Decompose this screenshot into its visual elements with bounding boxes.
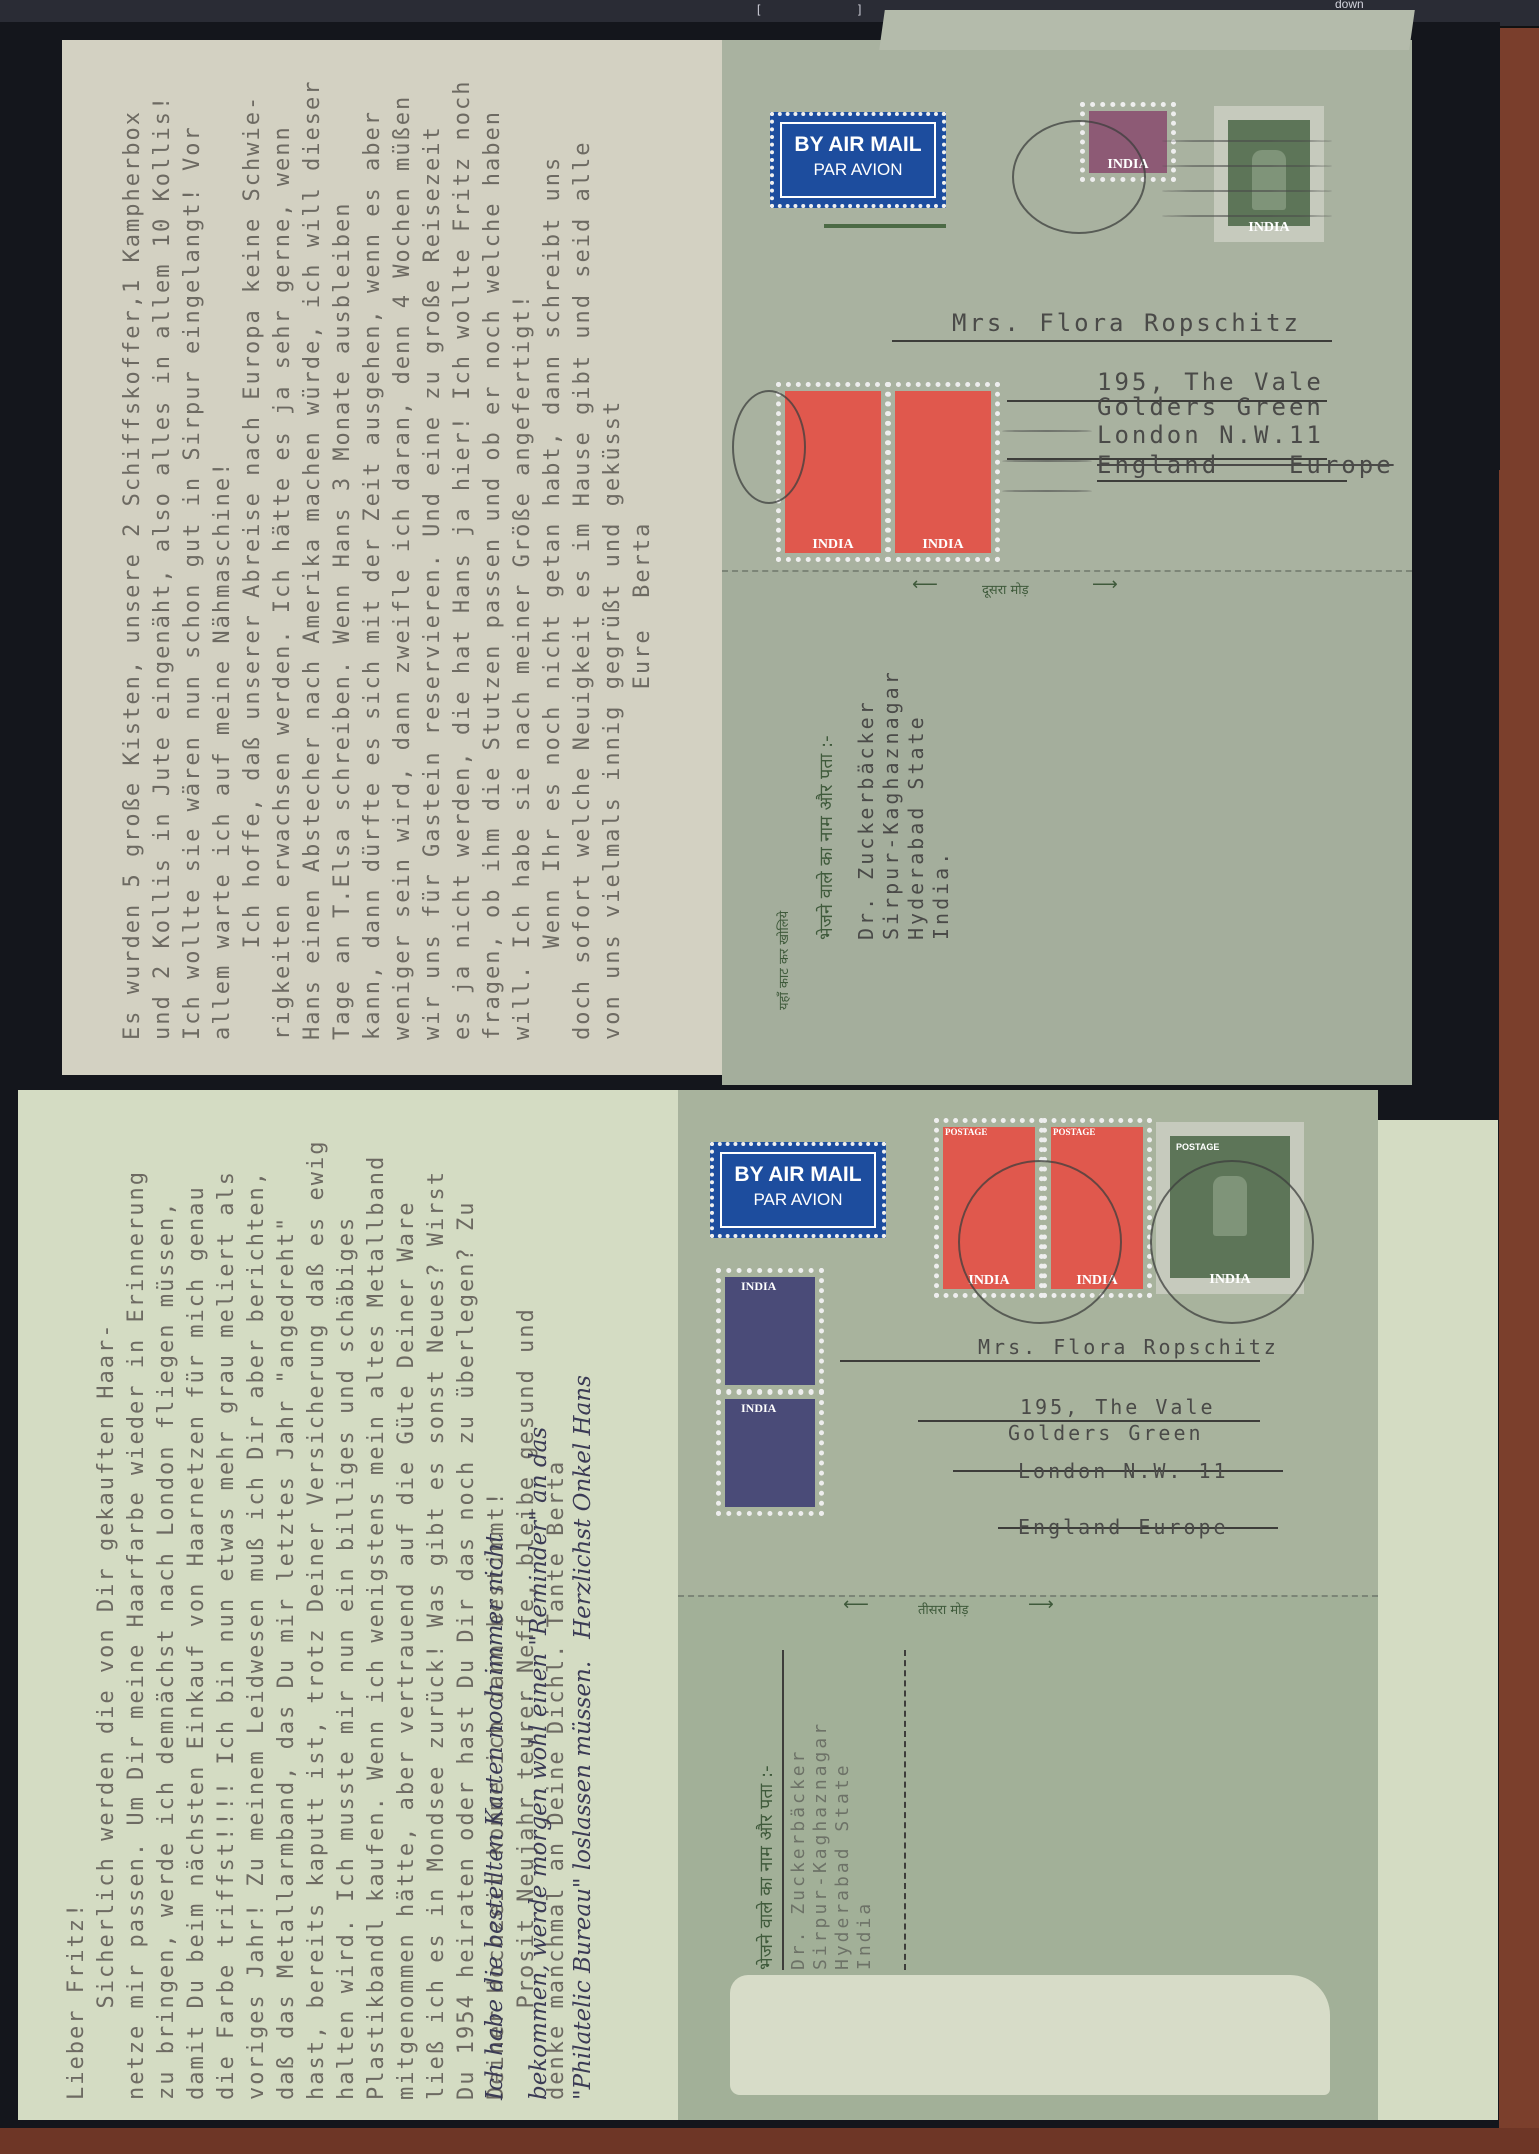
stamp-country: INDIA bbox=[781, 537, 885, 553]
recipient-name: Mrs. Flora Ropschitz bbox=[952, 306, 1301, 340]
recipient-name: Mrs. Flora Ropschitz bbox=[978, 1330, 1279, 1364]
stamp-3ps-blue: INDIA bbox=[716, 1268, 824, 1394]
airmail-label-line2: PAR AVION bbox=[782, 160, 934, 180]
stamp-label: POSTAGE bbox=[1053, 1127, 1095, 1137]
postmark-circle bbox=[958, 1160, 1122, 1324]
fold-line bbox=[722, 570, 1412, 572]
imprinted-stamp-ashoka: INDIA bbox=[1214, 106, 1324, 242]
sender-line-4: India bbox=[852, 1901, 878, 1970]
wood-table-bottom bbox=[0, 2128, 1539, 2154]
sender-line-2: Sirpur-Kaghaznagar bbox=[877, 669, 905, 940]
fold-label-third: तीसरा मोड़ bbox=[918, 1600, 968, 1618]
letter-2-handwritten-note: Ich habe die bestellten Karten noch imme… bbox=[473, 1375, 605, 2100]
stamp-country: INDIA bbox=[741, 1401, 776, 1416]
airmail-label-line1: BY AIR MAIL bbox=[722, 1154, 874, 1190]
right-flap bbox=[1378, 1120, 1498, 2120]
postmark-circle bbox=[1150, 1160, 1314, 1324]
postmark-circle bbox=[1012, 120, 1146, 234]
open-here-label: यहाँ काट कर खोलिये bbox=[774, 911, 792, 1010]
airmail-label-line2: PAR AVION bbox=[722, 1190, 874, 1210]
key-bracket-open: [ bbox=[757, 2, 760, 16]
wood-table-edge bbox=[1499, 470, 1539, 2154]
letter-2-inner-page: Lieber Fritz! Sicherlich werden die von … bbox=[18, 1090, 678, 2120]
recipient-line-4: England Europe bbox=[1097, 448, 1394, 482]
airmail-label: BY AIR MAIL PAR AVION bbox=[770, 112, 946, 208]
lion-capital-icon bbox=[1252, 150, 1286, 210]
stamp-country: INDIA bbox=[1214, 220, 1324, 236]
arrow-right-icon: ⟶ bbox=[1028, 1594, 1054, 1615]
arrow-left-icon: ⟵ bbox=[912, 574, 938, 595]
aerogramme-2-cover: BY AIR MAIL PAR AVION POSTAGE INDIA POST… bbox=[678, 1090, 1378, 2120]
stamp-country: INDIA bbox=[891, 537, 995, 553]
recipient-line-3: London N.W. 11 bbox=[1018, 1454, 1229, 1488]
recipient-line-2: Golders Green bbox=[1008, 1416, 1204, 1450]
sender-line-1: Dr. Zuckerbäcker bbox=[852, 699, 880, 940]
stamp-country: INDIA bbox=[741, 1279, 776, 1294]
sender-label-hindi: भेजने वाले का नाम और पता :- bbox=[814, 735, 838, 940]
airmail-underline bbox=[824, 224, 946, 228]
arrow-right-icon: ⟶ bbox=[1092, 574, 1118, 595]
sender-label-hindi: भेजने वाले का नाम और पता :- bbox=[754, 1765, 778, 1970]
top-flap bbox=[879, 10, 1415, 50]
fold-label-second: दूसरा मोड़ bbox=[982, 580, 1029, 598]
letter-1-inner-page: Es wurden 5 große Kisten, unsere 2 Schif… bbox=[62, 40, 722, 1075]
recipient-line-4: England Europe bbox=[1018, 1510, 1229, 1544]
stamp-3ps-blue: INDIA bbox=[716, 1390, 824, 1516]
key-bracket-close: ] bbox=[858, 2, 861, 16]
stamp-label: POSTAGE bbox=[945, 1127, 987, 1137]
recipient-line-3: London N.W.11 bbox=[1097, 418, 1324, 452]
aerogramme-1-cover: BY AIR MAIL PAR AVION INDIA INDIA INDIA … bbox=[722, 40, 1412, 1085]
address-line bbox=[892, 340, 1332, 342]
stamp-label: POSTAGE bbox=[1176, 1142, 1219, 1152]
stamp-3as-red: INDIA bbox=[886, 382, 1000, 562]
bottom-tear-flap bbox=[730, 1975, 1330, 2095]
letter-1-typed-text: Es wurden 5 große Kisten, unsere 2 Schif… bbox=[118, 80, 658, 1040]
airmail-label-line1: BY AIR MAIL bbox=[782, 124, 934, 160]
sender-line-4: India. bbox=[927, 850, 955, 940]
airmail-label: BY AIR MAIL PAR AVION bbox=[710, 1142, 886, 1238]
arrow-left-icon: ⟵ bbox=[843, 1594, 869, 1615]
sender-line-3: Hyderabad State bbox=[902, 714, 930, 940]
